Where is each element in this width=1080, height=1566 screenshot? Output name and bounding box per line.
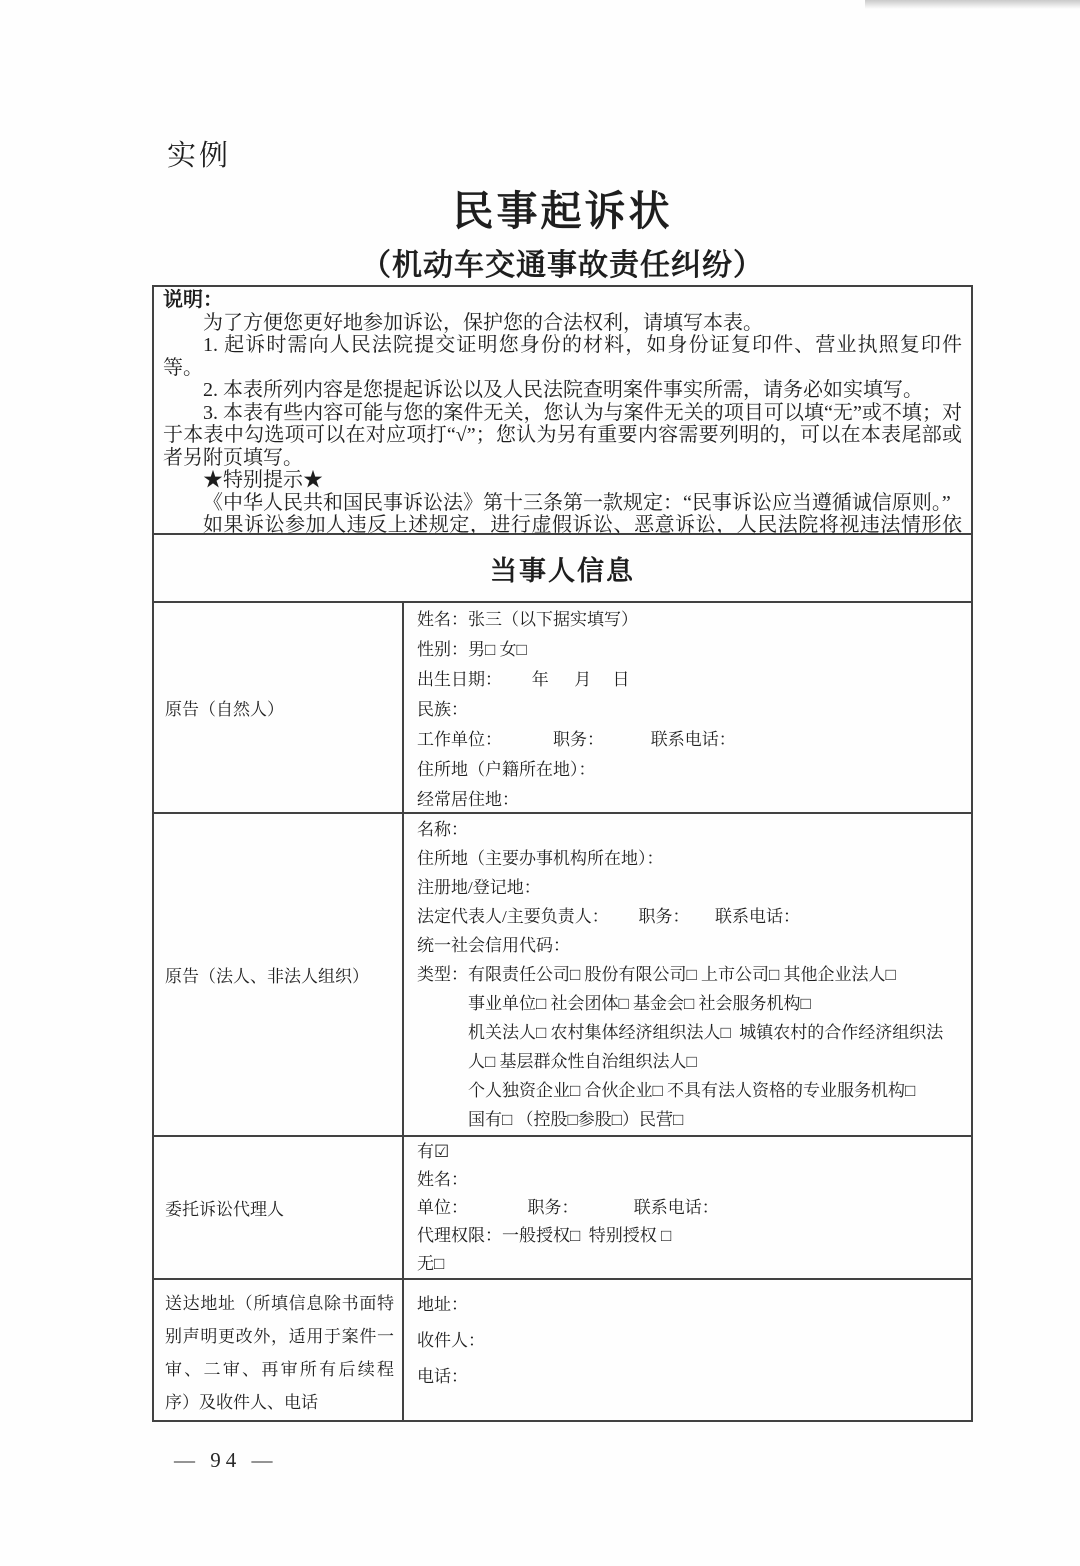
notes-heading: 说明： [163, 289, 962, 312]
org-type-cont-line-5: 国有□ （控股□参股□）民营□ [417, 1105, 965, 1134]
document-page: 实例 民事起诉状 （机动车交通事故责任纠纷） 说明： 为了方便您更好地参加诉讼，… [0, 0, 1080, 1566]
org-name-line: 名称： [417, 815, 965, 844]
service-address-line: 地址： [417, 1287, 965, 1323]
document-title: 民事起诉状 [152, 178, 973, 237]
name-line: 姓名：张三（以下据实填写） [417, 605, 965, 635]
org-registered-address-line: 注册地/登记地： [417, 873, 965, 902]
notes-box: 说明： 为了方便您更好地参加诉讼，保护您的合法权利，请填写本表。 1. 起诉时需… [154, 287, 971, 535]
service-phone-line: 电话： [417, 1359, 965, 1395]
agent-authority-line: 代理权限：一般授权□ 特别授权 □ [417, 1222, 965, 1250]
document-subtitle: （机动车交通事故责任纠纷） [152, 240, 973, 284]
party-info-header: 当事人信息 [154, 535, 971, 603]
agent-name-line: 姓名： [417, 1166, 965, 1194]
scan-artifact [865, 0, 1080, 9]
example-label: 实例 [167, 133, 231, 174]
cell-agent: 有☑ 姓名： 单位： 职务： 联系电话： 代理权限：一般授权□ 特别授权 □ 无… [404, 1137, 971, 1278]
agent-unit-line: 单位： 职务： 联系电话： [417, 1194, 965, 1222]
notes-paragraph-2: 2. 本表所列内容是您提起诉讼以及人民法院查明案件事实所需，请务必如实填写。 [163, 379, 962, 402]
cell-plaintiff-org: 名称： 住所地（主要办事机构所在地）： 注册地/登记地： 法定代表人/主要负责人… [404, 814, 971, 1135]
gender-line: 性别：男□ 女□ [417, 635, 965, 665]
row-agent: 委托诉讼代理人 有☑ 姓名： 单位： 职务： 联系电话： 代理权限：一般授权□ … [154, 1137, 971, 1280]
cell-plaintiff-person: 姓名：张三（以下据实填写） 性别：男□ 女□ 出生日期： 年 月 日 民族： 工… [404, 603, 971, 812]
birthdate-line: 出生日期： 年 月 日 [417, 665, 965, 695]
notes-warning: 如果诉讼参加人违反上述规定，进行虚假诉讼、恶意诉讼，人民法院将视违法情形依法追究… [163, 514, 962, 535]
org-type-cont-line-4: 个人独资企业□ 合伙企业□ 不具有法人资格的专业服务机构□ [417, 1076, 965, 1105]
credit-code-line: 统一社会信用代码： [417, 931, 965, 960]
habitual-residence-line: 经常居住地： [417, 785, 965, 812]
notes-law-quote: 《中华人民共和国民事诉讼法》第十三条第一款规定：“民事诉讼应当遵循诚信原则。” [163, 492, 962, 515]
row-plaintiff-org: 原告（法人、非法人组织） 名称： 住所地（主要办事机构所在地）： 注册地/登记地… [154, 814, 971, 1137]
notes-paragraph-1: 1. 起诉时需向人民法院提交证明您身份的材料，如身份证复印件、营业执照复印件等。 [163, 334, 962, 379]
notes-special-tip-heading: ★特别提示★ [163, 469, 962, 492]
no-agent-checkbox-line: 无□ [417, 1250, 965, 1278]
row-label-agent: 委托诉讼代理人 [154, 1137, 404, 1278]
ethnicity-line: 民族： [417, 695, 965, 725]
row-plaintiff-person: 原告（自然人） 姓名：张三（以下据实填写） 性别：男□ 女□ 出生日期： 年 月… [154, 603, 971, 814]
work-unit-line: 工作单位： 职务： 联系电话： [417, 725, 965, 755]
has-agent-checkbox-line: 有☑ [417, 1138, 965, 1166]
row-label-service-address: 送达地址（所填信息除书面特别声明更改外，适用于案件一审、二审、再审所有后续程序）… [154, 1280, 404, 1420]
org-type-line: 类型：有限责任公司□ 股份有限公司□ 上市公司□ 其他企业法人□ [417, 960, 965, 989]
org-type-cont-line-2: 机关法人□ 农村集体经济组织法人□ 城镇农村的合作经济组织法 [417, 1018, 965, 1047]
notes-paragraph-3: 3. 本表有些内容可能与您的案件无关，您认为与案件无关的项目可以填“无”或不填；… [163, 402, 962, 470]
org-address-line: 住所地（主要办事机构所在地）： [417, 844, 965, 873]
org-type-cont-line-1: 事业单位□ 社会团体□ 基金会□ 社会服务机构□ [417, 989, 965, 1018]
org-type-cont-line-3: 人□ 基层群众性自治组织法人□ [417, 1047, 965, 1076]
row-label-plaintiff-person: 原告（自然人） [154, 603, 404, 812]
row-label-plaintiff-org: 原告（法人、非法人组织） [154, 814, 404, 1135]
notes-paragraph-intro: 为了方便您更好地参加诉讼，保护您的合法权利，请填写本表。 [163, 312, 962, 335]
service-recipient-line: 收件人： [417, 1323, 965, 1359]
legal-rep-line: 法定代表人/主要负责人： 职务： 联系电话： [417, 902, 965, 931]
cell-service-address: 地址： 收件人： 电话： [404, 1280, 971, 1420]
page-number: — 94 — [174, 1448, 278, 1473]
row-service-address: 送达地址（所填信息除书面特别声明更改外，适用于案件一审、二审、再审所有后续程序）… [154, 1280, 971, 1420]
form-sheet: 说明： 为了方便您更好地参加诉讼，保护您的合法权利，请填写本表。 1. 起诉时需… [152, 285, 973, 1422]
residence-line: 住所地（户籍所在地）： [417, 755, 965, 785]
